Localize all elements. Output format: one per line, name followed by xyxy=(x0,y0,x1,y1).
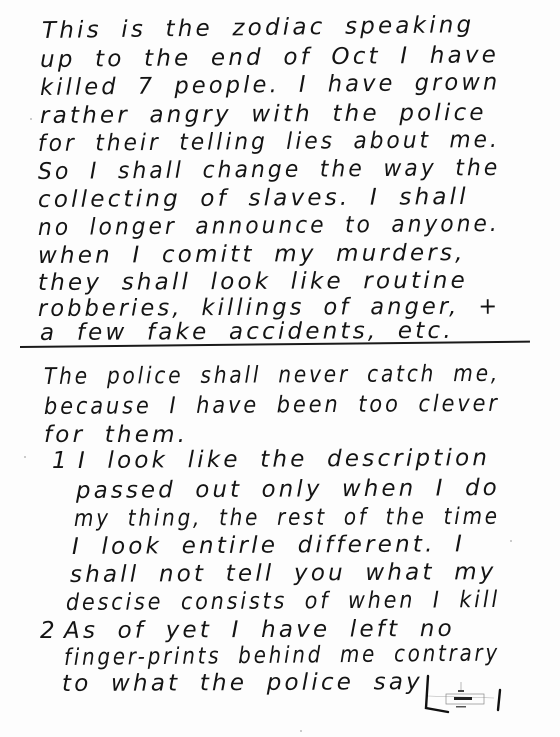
paper-speck xyxy=(30,118,32,120)
letter-line: no longer announce to anyone. xyxy=(38,213,500,240)
evidence-stamp-icon xyxy=(424,672,504,716)
letter-line: The police shall never catch me, xyxy=(44,363,500,389)
paper-speck xyxy=(24,456,26,458)
letter-line: descise consists of when I kill xyxy=(66,589,500,615)
letter-line: collecting of slaves. I shall xyxy=(38,186,469,212)
letter-line: they shall look like routine xyxy=(38,270,468,295)
letter-line: for them. xyxy=(44,424,188,447)
letter-line: I look like the description xyxy=(78,447,490,473)
letter-line: passed out only when I do xyxy=(76,477,500,503)
letter-line: shall not tell you what my xyxy=(70,561,497,587)
list-number: 2 xyxy=(40,620,58,643)
letter-page: This is the zodiac speaking up to the en… xyxy=(0,0,560,737)
letter-line: for their telling lies about me. xyxy=(38,129,500,156)
list-number: 1 xyxy=(52,450,70,473)
paper-speck xyxy=(510,540,512,542)
letter-line: So I shall change the way the xyxy=(38,157,501,184)
letter-line: when I comitt my murders, xyxy=(38,242,466,268)
letter-line: This is the zodiac speaking xyxy=(42,14,475,43)
letter-line: my thing, the rest of the time xyxy=(74,506,500,531)
letter-line: rather angry with the police xyxy=(40,102,487,128)
letter-line: As of yet I have left no xyxy=(64,618,455,643)
letter-line: to what the police say xyxy=(62,671,423,696)
letter-line: I look entirle different. I xyxy=(72,533,465,559)
paper-speck xyxy=(300,730,302,732)
letter-line: because I have been too clever xyxy=(44,393,500,419)
letter-line: up to the end of Oct I have xyxy=(40,44,499,72)
letter-line: finger-prints behind me contrary xyxy=(64,642,500,670)
letter-line: killed 7 people. I have grown xyxy=(40,71,501,100)
